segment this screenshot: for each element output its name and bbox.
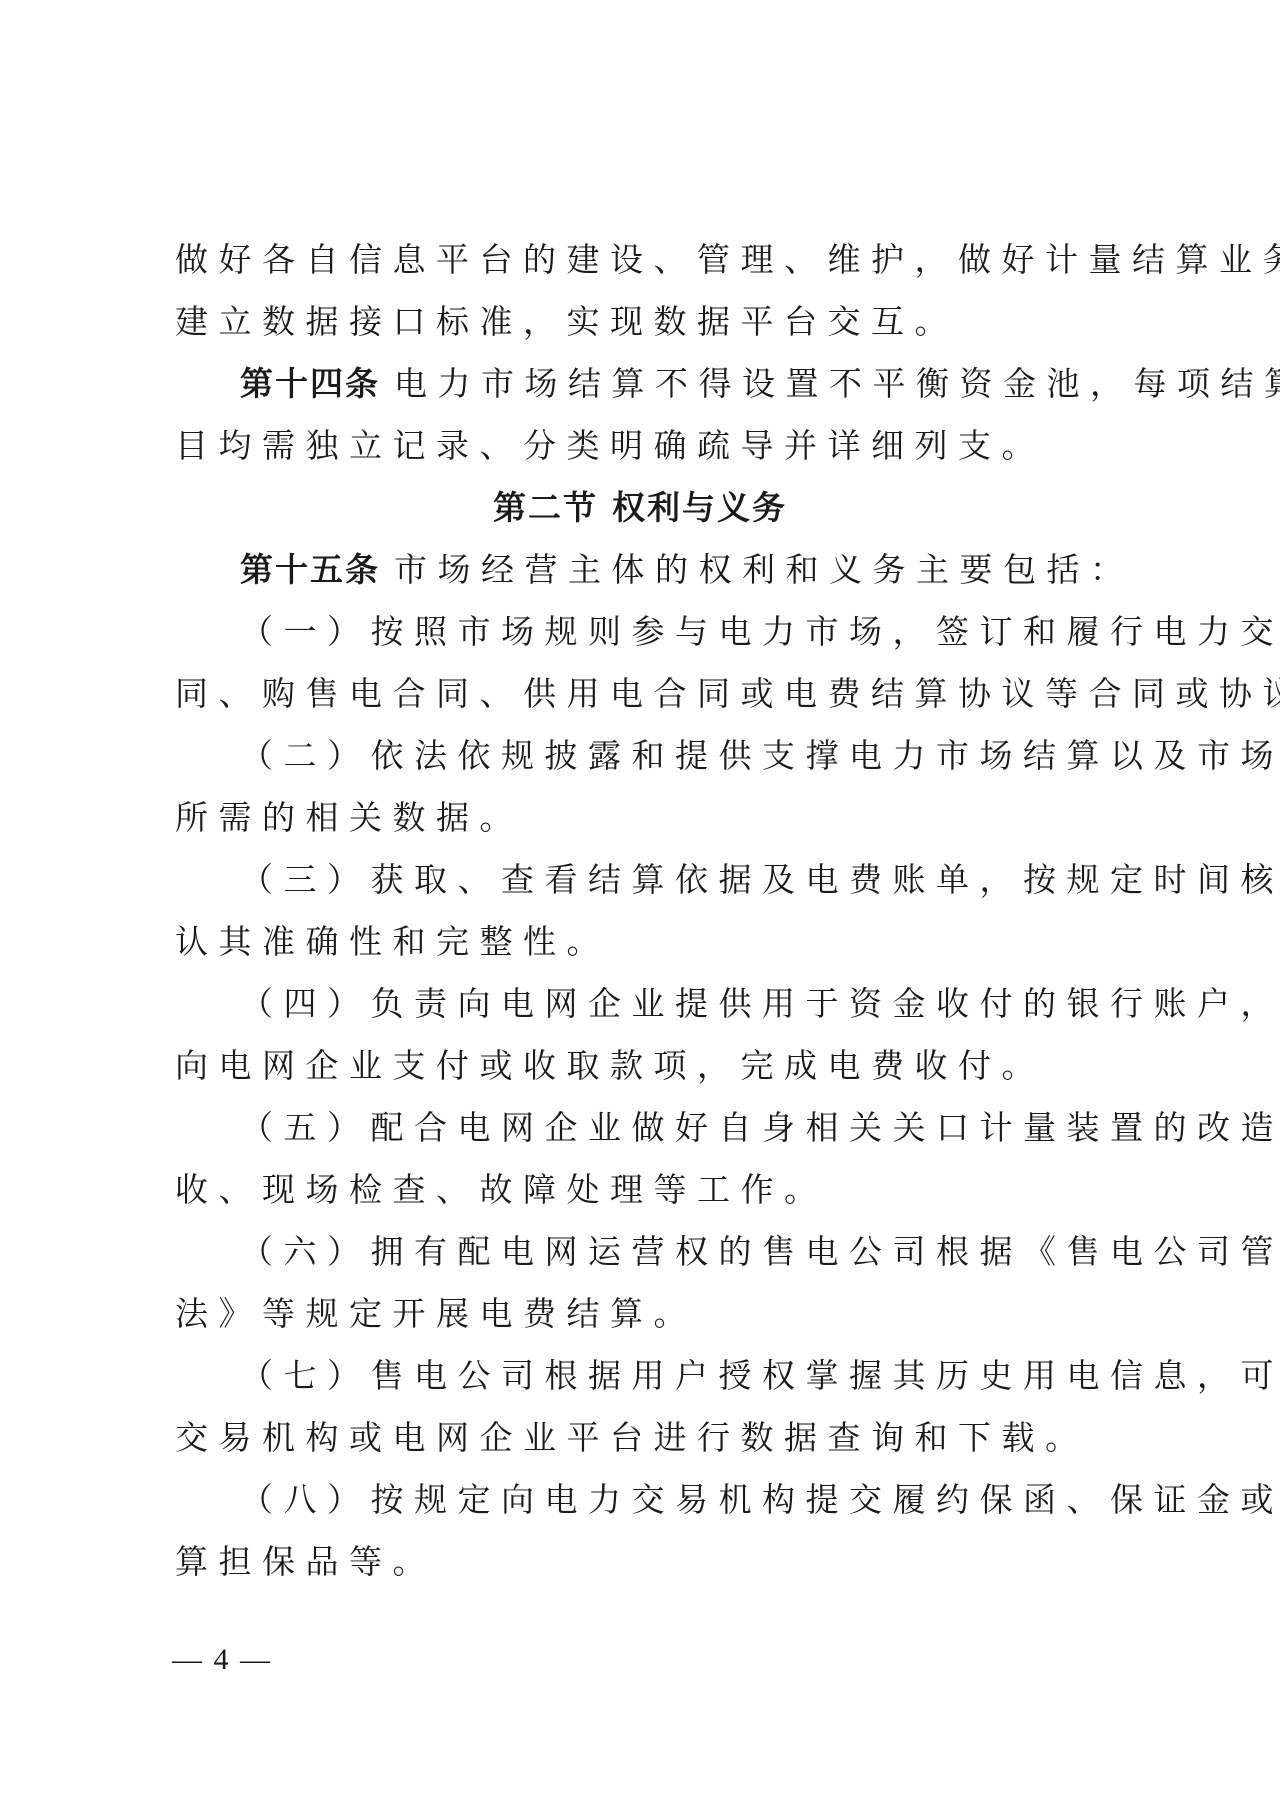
list-item-line: 算担保品等。 — [175, 1540, 1095, 1584]
paragraph-line: 建立数据接口标准，实现数据平台交互。 — [175, 300, 1095, 344]
section-number: 第二节 — [493, 488, 598, 527]
list-item-line: （八）按规定向电力交易机构提交履约保函、保证金或其他结 — [240, 1478, 1160, 1522]
list-item-line: 同、购售电合同、供用电合同或电费结算协议等合同或协议。 — [175, 672, 1095, 716]
section-title: 权利与义务 — [612, 488, 787, 527]
list-item-line: 向电网企业支付或收取款项，完成电费收付。 — [175, 1044, 1095, 1088]
list-item-line: （七）售电公司根据用户授权掌握其历史用电信息，可在电力 — [240, 1354, 1160, 1398]
list-item-line: 认其准确性和完整性。 — [175, 920, 1095, 964]
list-item-line: （一）按照市场规则参与电力市场，签订和履行电力交易合 — [240, 610, 1160, 654]
article-label: 第十五条 — [240, 550, 380, 589]
list-item-line: 收、现场检查、故障处理等工作。 — [175, 1168, 1095, 1212]
list-item-line: （六）拥有配电网运营权的售电公司根据《售电公司管理办 — [240, 1230, 1160, 1274]
document-page: 做好各自信息平台的建设、管理、维护，做好计量结算业务协同， 建立数据接口标准，实… — [0, 0, 1280, 1810]
article-label: 第十四条 — [240, 364, 380, 403]
section-heading: 第二节权利与义务 — [0, 486, 1280, 530]
list-item-line: （二）依法依规披露和提供支撑电力市场结算以及市场服务 — [240, 734, 1160, 778]
list-item-line: （五）配合电网企业做好自身相关关口计量装置的改造、验 — [240, 1106, 1160, 1150]
paragraph-line: 做好各自信息平台的建设、管理、维护，做好计量结算业务协同， — [175, 238, 1095, 282]
paragraph-line: 目均需独立记录、分类明确疏导并详细列支。 — [175, 424, 1095, 468]
article-text: 电力市场结算不得设置不平衡资金池，每项结算项 — [394, 364, 1280, 403]
list-item-line: （三）获取、查看结算依据及电费账单，按规定时间核对并确 — [240, 858, 1160, 902]
article-text: 市场经营主体的权利和义务主要包括： — [394, 550, 1134, 589]
list-item-line: （四）负责向电网企业提供用于资金收付的银行账户，按规定 — [240, 982, 1160, 1026]
list-item-line: 法》等规定开展电费结算。 — [175, 1292, 1095, 1336]
page-number: — 4 — — [172, 1640, 272, 1680]
list-item-line: 交易机构或电网企业平台进行数据查询和下载。 — [175, 1416, 1095, 1460]
article-14-line-1: 第十四条电力市场结算不得设置不平衡资金池，每项结算项 — [240, 362, 1160, 406]
list-item-line: 所需的相关数据。 — [175, 796, 1095, 840]
article-15-line: 第十五条市场经营主体的权利和义务主要包括： — [240, 548, 1160, 592]
